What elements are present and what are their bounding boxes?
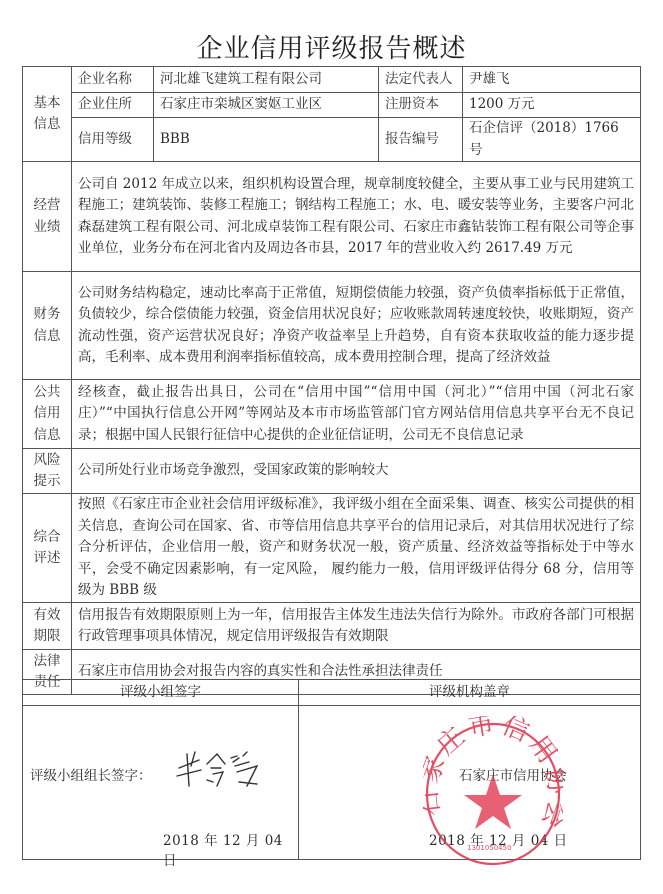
svg-text:1301050450: 1301050450 bbox=[467, 844, 512, 852]
rating-agency-seal-header: 评级机构盖章 bbox=[299, 680, 641, 706]
category-basic-info: 基本 信息 bbox=[23, 67, 72, 162]
text-risk-warning: 公司所处行业市场竞争激烈，受国家政策的影响较大 bbox=[72, 449, 641, 494]
basic-info-row: 基本 信息 企业名称 河北雄飞建筑工程有限公司 法定代表人 尹雄飞 bbox=[23, 67, 641, 93]
agency-seal-cell: 石家庄市信用协会 2018 年 12 月 04 日 石家庄市信用协会 13010… bbox=[299, 706, 641, 860]
text-validity: 信用报告有效期限原则上为一年，信用报告主体发生违法失信行为除外。市政府各部门可根… bbox=[72, 603, 641, 650]
label-company-name: 企业名称 bbox=[72, 67, 154, 93]
category-business-performance: 经营 业绩 bbox=[23, 162, 72, 272]
value-credit-rating: BBB bbox=[154, 118, 379, 162]
section-row-risk-warning: 风险 提示 公司所处行业市场竞争激烈，受国家政策的影响较大 bbox=[23, 449, 641, 494]
signature-table: 评级小组签字 评级机构盖章 评级小组组长签字： 2018 年 12 月 04 日… bbox=[22, 679, 641, 860]
handwritten-signature-icon bbox=[173, 746, 263, 791]
text-financial-info: 公司财务结构稳定，速动比率高于正常值，短期偿债能力较强，资产负债率指标低于正常值… bbox=[72, 272, 641, 380]
label-report-number: 报告编号 bbox=[379, 118, 463, 162]
team-leader-signature-label: 评级小组组长签字： bbox=[30, 764, 152, 784]
category-public-credit: 公共 信用 信息 bbox=[23, 380, 72, 449]
rating-team-signature-header: 评级小组签字 bbox=[23, 680, 299, 706]
section-row-financial-info: 财务 信息 公司财务结构稳定，速动比率高于正常值，短期偿债能力较强，资产负债率指… bbox=[23, 272, 641, 380]
section-row-summary: 综合 评述 按照《石家庄市企业社会信用评级标准》，我评级小组在全面采集、调查、核… bbox=[23, 494, 641, 603]
label-legal-rep: 法定代表人 bbox=[379, 67, 463, 93]
report-table: 基本 信息 企业名称 河北雄飞建筑工程有限公司 法定代表人 尹雄飞 企业住所 石… bbox=[22, 66, 641, 695]
label-registered-capital: 注册资本 bbox=[379, 93, 463, 118]
section-row-validity: 有效 期限 信用报告有效期限原则上为一年，信用报告主体发生违法失信行为除外。市政… bbox=[23, 603, 641, 650]
section-row-business-performance: 经营 业绩 公司自 2012 年成立以来，组织机构设置合理，规章制度较健全，主要… bbox=[23, 162, 641, 272]
category-financial-info: 财务 信息 bbox=[23, 272, 72, 380]
category-summary: 综合 评述 bbox=[23, 494, 72, 603]
value-registered-capital: 1200 万元 bbox=[463, 93, 641, 118]
label-company-address: 企业住所 bbox=[72, 93, 154, 118]
section-row-public-credit: 公共 信用 信息 经核查，截止报告出具日，公司在“信用中国”“信用中国（河北）”… bbox=[23, 380, 641, 449]
value-company-name: 河北雄飞建筑工程有限公司 bbox=[154, 67, 379, 93]
category-risk-warning: 风险 提示 bbox=[23, 449, 72, 494]
basic-info-row: 信用等级 BBB 报告编号 石企信评（2018）1766 号 bbox=[23, 118, 641, 162]
basic-info-row: 企业住所 石家庄市栾城区窦妪工业区 注册资本 1200 万元 bbox=[23, 93, 641, 118]
text-summary: 按照《石家庄市企业社会信用评级标准》，我评级小组在全面采集、调查、核实公司提供的… bbox=[72, 494, 641, 603]
official-seal-stamp-icon: 石家庄市信用协会 1301050450 bbox=[423, 716, 563, 866]
label-credit-rating: 信用等级 bbox=[72, 118, 154, 162]
document-title: 企业信用评级报告概述 bbox=[0, 28, 663, 65]
value-report-number: 石企信评（2018）1766 号 bbox=[463, 118, 641, 162]
text-public-credit: 经核查，截止报告出具日，公司在“信用中国”“信用中国（河北）”“信用中国（河北石… bbox=[72, 380, 641, 449]
category-validity: 有效 期限 bbox=[23, 603, 72, 650]
value-company-address: 石家庄市栾城区窦妪工业区 bbox=[154, 93, 379, 118]
value-legal-rep: 尹雄飞 bbox=[463, 67, 641, 93]
text-business-performance: 公司自 2012 年成立以来，组织机构设置合理，规章制度较健全，主要从事工业与民… bbox=[72, 162, 641, 272]
team-signature-date: 2018 年 12 月 04 日 bbox=[163, 829, 298, 869]
team-signature-cell: 评级小组组长签字： 2018 年 12 月 04 日 bbox=[23, 706, 299, 860]
